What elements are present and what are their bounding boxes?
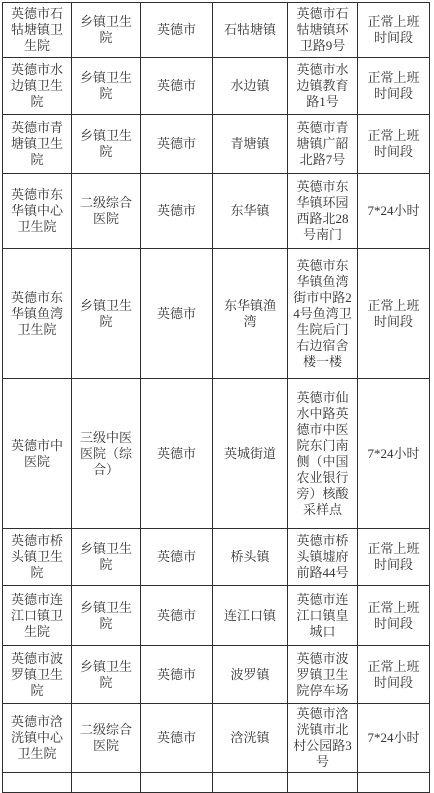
cell-address: 英德市仙水中路英德市中医院东门南侧（中国农业银行旁）核酸采样点 (288, 379, 358, 529)
cell-name: 英德市水边镇卫生院 (3, 58, 72, 115)
cell-hours: 7*24小时 (358, 379, 430, 529)
cell-town: 石牯塘镇 (213, 3, 288, 58)
table-row: 英德市波罗镇卫生院 乡镇卫生院 英德市 波罗镇 英德市波罗镇卫生院停车场 正常上… (3, 646, 430, 704)
cell-empty (358, 773, 430, 781)
cell-city: 英德市 (141, 379, 213, 529)
cell-type: 乡镇卫生院 (72, 58, 141, 115)
sampling-sites-table: 英德市石牯塘镇卫生院 乡镇卫生院 英德市 石牯塘镇 英德市石牯塘镇环卫路9号 正… (2, 2, 430, 780)
cell-city: 英德市 (141, 586, 213, 646)
table-row: 英德市中医院 三级中医医院（综合） 英德市 英城街道 英德市仙水中路英德市中医院… (3, 379, 430, 529)
cell-city: 英德市 (141, 174, 213, 249)
table-row: 英德市连江口镇卫生院 乡镇卫生院 英德市 连江口镇 英德市连江口镇皇城口 正常上… (3, 586, 430, 646)
cell-type: 乡镇卫生院 (72, 646, 141, 704)
cell-type: 乡镇卫生院 (72, 249, 141, 379)
cell-town: 波罗镇 (213, 646, 288, 704)
cell-city: 英德市 (141, 646, 213, 704)
table-row: 英德市东华镇中心卫生院 二级综合医院 英德市 东华镇 英德市东华镇环园西路北28… (3, 174, 430, 249)
cell-empty (213, 773, 288, 781)
cell-type: 乡镇卫生院 (72, 586, 141, 646)
cell-address: 英德市浛洸镇市北村公园路3号 (288, 704, 358, 773)
cell-address: 英德市波罗镇卫生院停车场 (288, 646, 358, 704)
cell-city: 英德市 (141, 529, 213, 586)
cell-name: 英德市东华镇鱼湾卫生院 (3, 249, 72, 379)
cell-type: 乡镇卫生院 (72, 529, 141, 586)
cell-empty (72, 773, 141, 781)
cell-name: 英德市青塘镇卫生院 (3, 115, 72, 174)
cell-hours: 正常上班时间段 (358, 646, 430, 704)
cell-type: 三级中医医院（综合） (72, 379, 141, 529)
cell-address: 英德市水边镇教育路1号 (288, 58, 358, 115)
cell-city: 英德市 (141, 58, 213, 115)
cell-name: 英德市东华镇中心卫生院 (3, 174, 72, 249)
cell-hours: 正常上班时间段 (358, 249, 430, 379)
cell-type: 乡镇卫生院 (72, 3, 141, 58)
cell-address: 英德市东华镇环园西路北28号南门 (288, 174, 358, 249)
table-row: 英德市青塘镇卫生院 乡镇卫生院 英德市 青塘镇 英德市青塘镇广韶北路7号 正常上… (3, 115, 430, 174)
cell-type: 二级综合医院 (72, 704, 141, 773)
cell-town: 连江口镇 (213, 586, 288, 646)
cell-city: 英德市 (141, 704, 213, 773)
cell-hours: 正常上班时间段 (358, 586, 430, 646)
cell-name: 英德市桥头镇卫生院 (3, 529, 72, 586)
table-row-partial (3, 773, 430, 781)
cell-hours: 正常上班时间段 (358, 529, 430, 586)
table-row: 英德市东华镇鱼湾卫生院 乡镇卫生院 英德市 东华镇渔湾 英德市东华镇鱼湾街市中路… (3, 249, 430, 379)
cell-town: 东华镇 (213, 174, 288, 249)
cell-town: 水边镇 (213, 58, 288, 115)
cell-address: 英德市桥头镇墟府前路44号 (288, 529, 358, 586)
cell-name: 英德市浛洸镇中心卫生院 (3, 704, 72, 773)
table-row: 英德市浛洸镇中心卫生院 二级综合医院 英德市 浛洸镇 英德市浛洸镇市北村公园路3… (3, 704, 430, 773)
cell-town: 英城街道 (213, 379, 288, 529)
cell-name: 英德市波罗镇卫生院 (3, 646, 72, 704)
cell-address: 英德市青塘镇广韶北路7号 (288, 115, 358, 174)
cell-address: 英德市石牯塘镇环卫路9号 (288, 3, 358, 58)
cell-address: 英德市东华镇鱼湾街市中路24号鱼湾卫生院后门右边宿舍楼一楼 (288, 249, 358, 379)
table-row: 英德市桥头镇卫生院 乡镇卫生院 英德市 桥头镇 英德市桥头镇墟府前路44号 正常… (3, 529, 430, 586)
cell-empty (141, 773, 213, 781)
cell-hours: 7*24小时 (358, 174, 430, 249)
cell-type: 乡镇卫生院 (72, 115, 141, 174)
cell-town: 东华镇渔湾 (213, 249, 288, 379)
cell-hours: 正常上班时间段 (358, 58, 430, 115)
cell-city: 英德市 (141, 249, 213, 379)
table-row: 英德市水边镇卫生院 乡镇卫生院 英德市 水边镇 英德市水边镇教育路1号 正常上班… (3, 58, 430, 115)
cell-name: 英德市石牯塘镇卫生院 (3, 3, 72, 58)
cell-city: 英德市 (141, 115, 213, 174)
cell-type: 二级综合医院 (72, 174, 141, 249)
cell-town: 浛洸镇 (213, 704, 288, 773)
cell-town: 青塘镇 (213, 115, 288, 174)
cell-city: 英德市 (141, 3, 213, 58)
cell-hours: 正常上班时间段 (358, 3, 430, 58)
cell-address: 英德市连江口镇皇城口 (288, 586, 358, 646)
cell-empty (3, 773, 72, 781)
cell-town: 桥头镇 (213, 529, 288, 586)
sampling-sites-table-wrap: 英德市石牯塘镇卫生院 乡镇卫生院 英德市 石牯塘镇 英德市石牯塘镇环卫路9号 正… (2, 2, 430, 780)
cell-name: 英德市连江口镇卫生院 (3, 586, 72, 646)
cell-hours: 正常上班时间段 (358, 115, 430, 174)
table-row: 英德市石牯塘镇卫生院 乡镇卫生院 英德市 石牯塘镇 英德市石牯塘镇环卫路9号 正… (3, 3, 430, 58)
cell-name: 英德市中医院 (3, 379, 72, 529)
cell-empty (288, 773, 358, 781)
cell-hours: 7*24小时 (358, 704, 430, 773)
